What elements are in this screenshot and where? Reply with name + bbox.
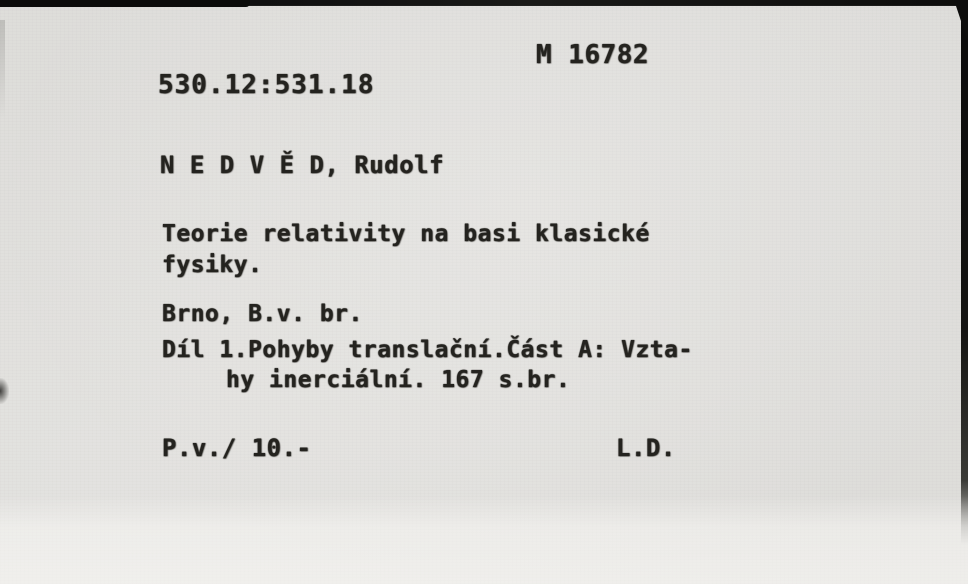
collation-line-1: Díl 1.Pohyby translační.Část A: Vzta- (162, 337, 693, 363)
scan-edge-right (961, 0, 968, 545)
scan-streak-left (0, 20, 5, 130)
scan-bottom-highlight (0, 496, 968, 584)
scan-edge-top-left (0, 0, 250, 7)
classification-number: 530.12:531.18 (158, 70, 375, 100)
scan-smudge-left (0, 378, 9, 404)
title-line-2: fysiky. (162, 252, 262, 278)
accession-number: M 16782 (536, 40, 649, 70)
title-line-1: Teorie relativity na basi klasické (162, 221, 650, 247)
price-code: P.v./ 10.- (162, 434, 312, 462)
catalog-card-scan: M 16782 530.12:531.18 N E D V Ě D, Rudol… (0, 0, 968, 584)
collation-line-2: hy inerciální. 167 s.br. (226, 367, 570, 393)
scan-corner-top-right (954, 0, 968, 42)
cataloguer-initials: L.D. (616, 434, 676, 462)
imprint-line: Brno, B.v. br. (162, 301, 363, 327)
author-heading: N E D V Ě D, Rudolf (160, 151, 444, 179)
